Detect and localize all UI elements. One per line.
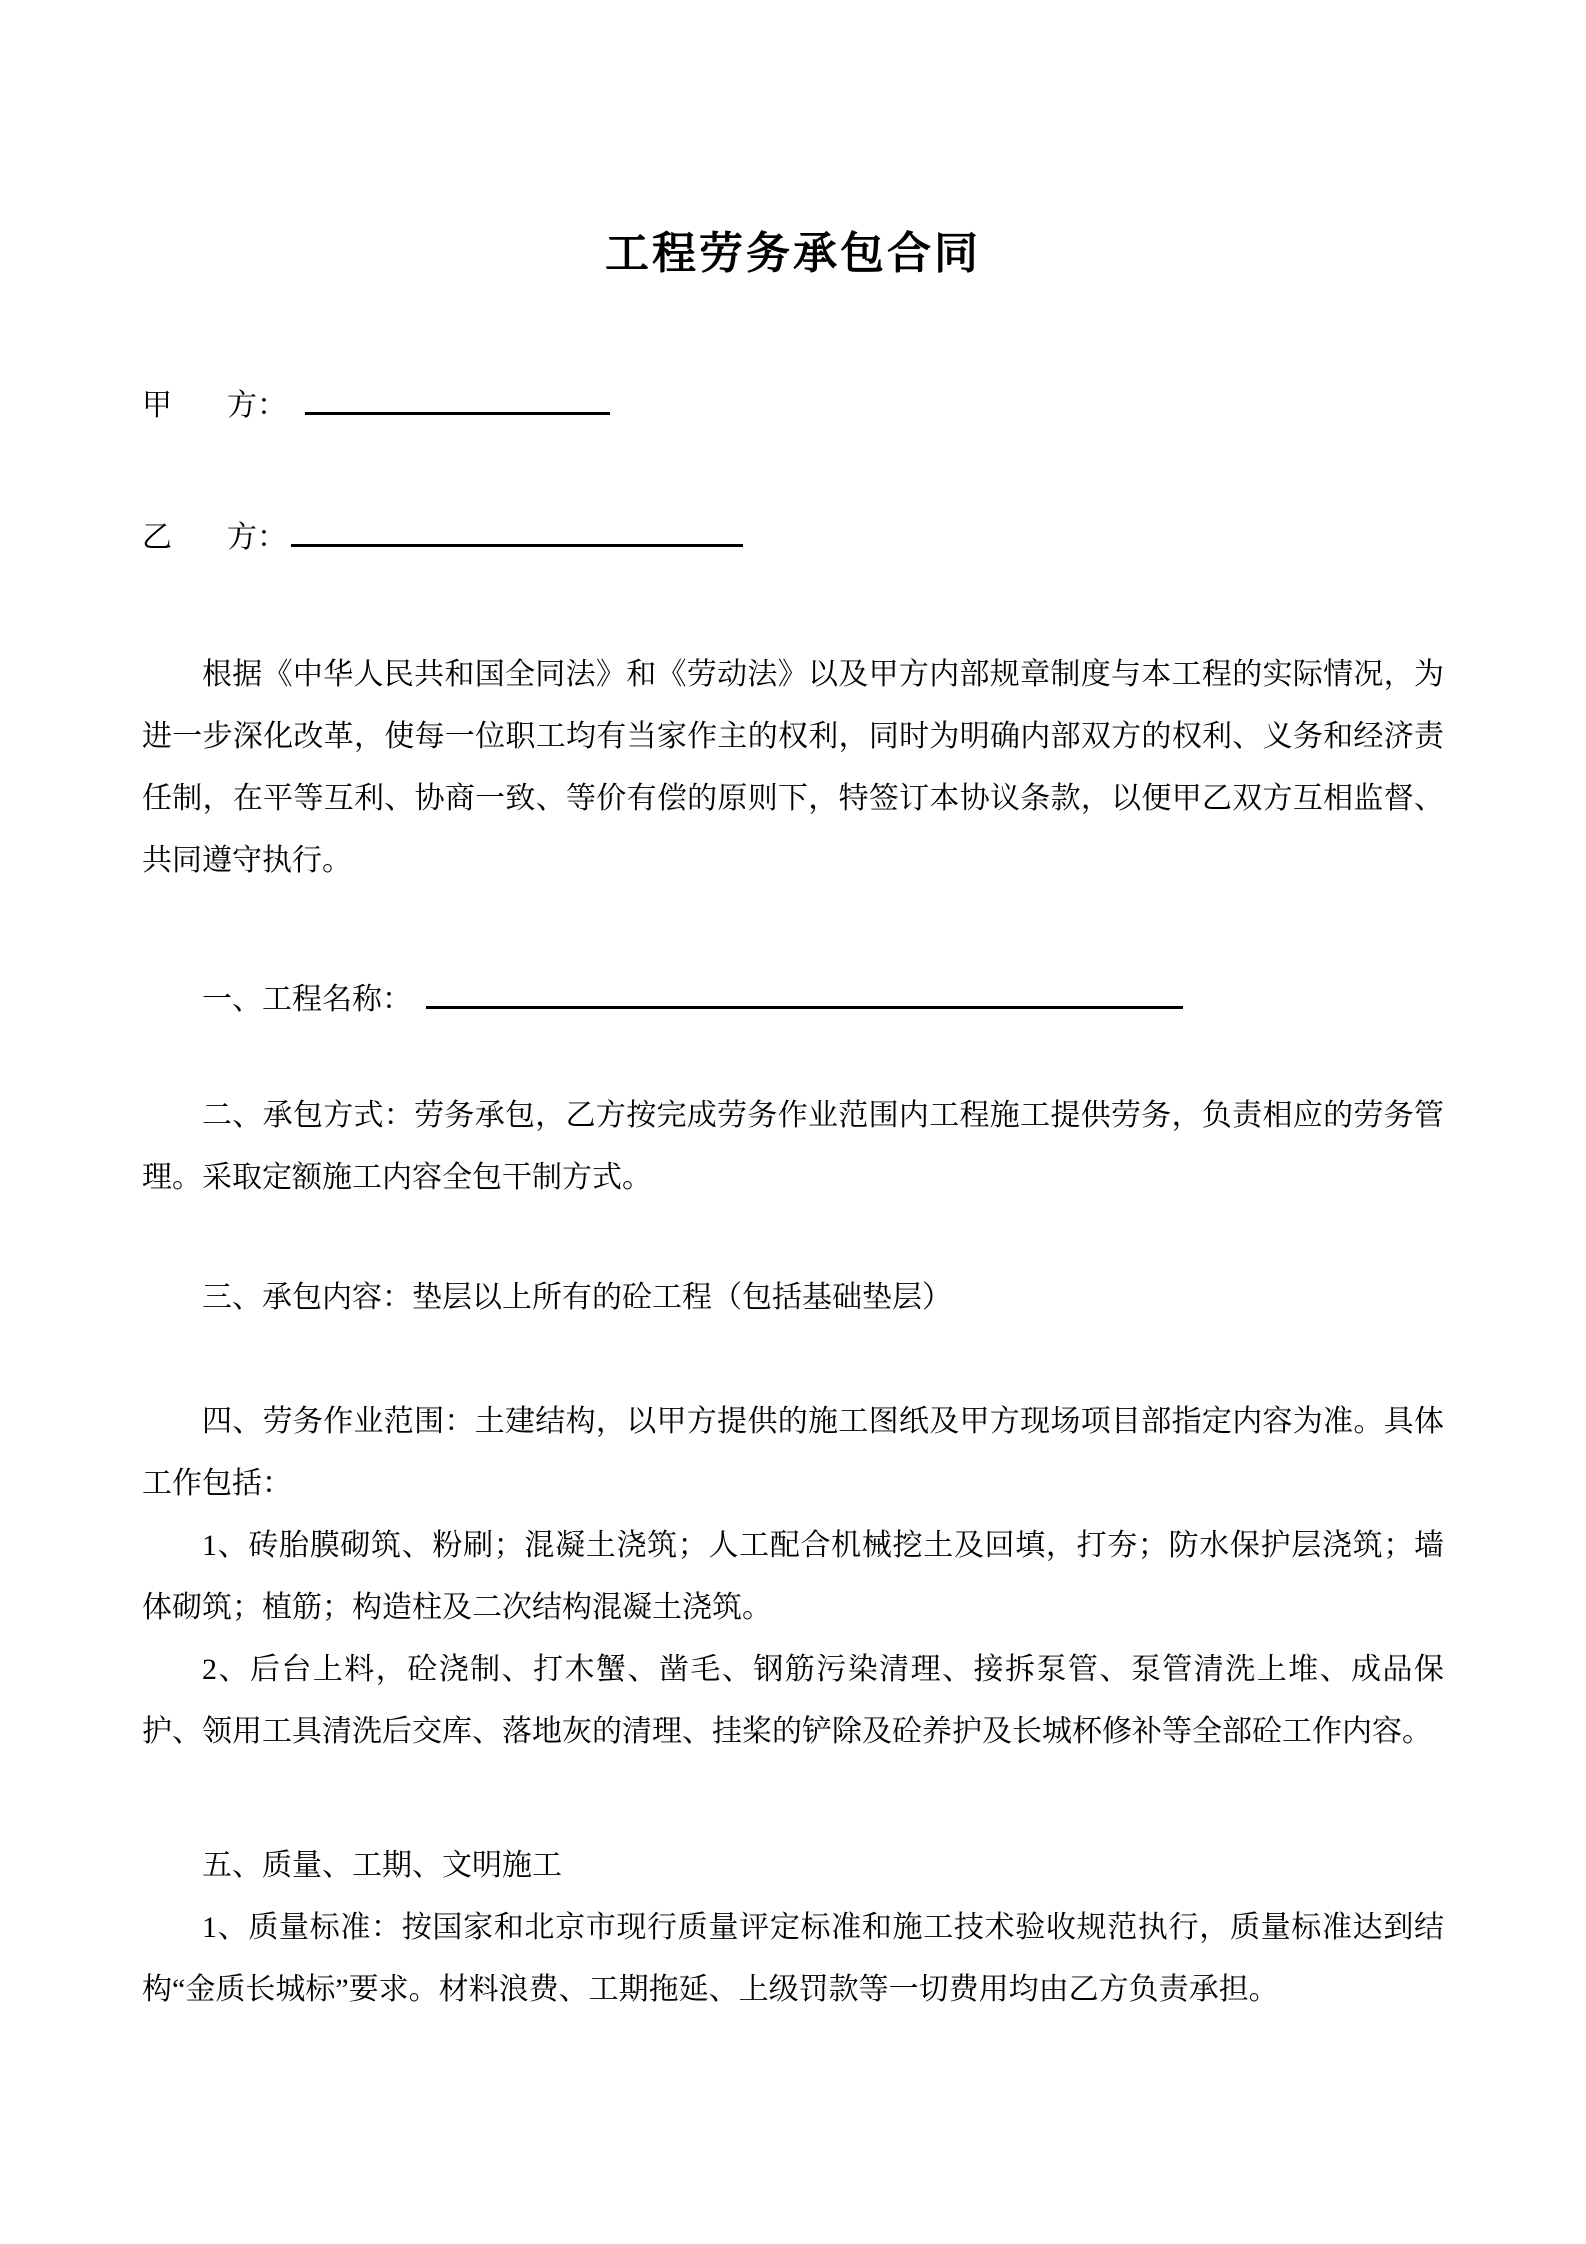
clause-1-project-name-row: 一、工程名称：	[142, 972, 1444, 1023]
clause-3-contracting-content: 三、承包内容：垫层以上所有的砼工程（包括基础垫层）	[142, 1267, 1444, 1329]
party-a-label-rest: 方：	[227, 389, 287, 422]
clause-4-item-2: 2、后台上料，砼浇制、打木蟹、凿毛、钢筋污染清理、接拆泵管、泵管清洗上堆、成品保…	[142, 1639, 1444, 1763]
clause-5-item-1-quality-standard: 1、质量标准：按国家和北京市现行质量评定标准和施工技术验收规范执行，质量标准达到…	[142, 1897, 1444, 2021]
party-a-label-first: 甲	[142, 389, 172, 422]
party-b-label-first: 乙	[142, 521, 172, 554]
preamble-paragraph: 根据《中华人民共和国全同法》和《劳动法》以及甲方内部规章制度与本工程的实际情况，…	[142, 644, 1444, 892]
clause-4-item-1: 1、砖胎膜砌筑、粉刷；混凝土浇筑；人工配合机械挖土及回填，打夯；防水保护层浇筑；…	[142, 1515, 1444, 1639]
clause-1-blank-line	[426, 972, 1183, 1009]
clause-4-labor-scope: 四、劳务作业范围：土建结构，以甲方提供的施工图纸及甲方现场项目部指定内容为准。具…	[142, 1391, 1444, 1515]
clause-2-contracting-method: 二、承包方式：劳务承包，乙方按完成劳务作业范围内工程施工提供劳务，负责相应的劳务…	[142, 1085, 1444, 1209]
contract-document-page: 工程劳务承包合同 甲方： 乙方： 根据《中华人民共和国全同法》和《劳动法》以及甲…	[0, 0, 1586, 2244]
party-b-label-rest: 方：	[227, 521, 287, 554]
party-a-blank-line	[305, 378, 610, 415]
clause-1-label: 一、工程名称：	[202, 983, 412, 1016]
document-title: 工程劳务承包合同	[142, 224, 1444, 284]
party-b-blank-line	[291, 510, 743, 547]
party-b-row: 乙方：	[142, 510, 1444, 561]
party-a-row: 甲方：	[142, 378, 1444, 429]
clause-5-quality-schedule-heading: 五、质量、工期、文明施工	[142, 1835, 1444, 1897]
